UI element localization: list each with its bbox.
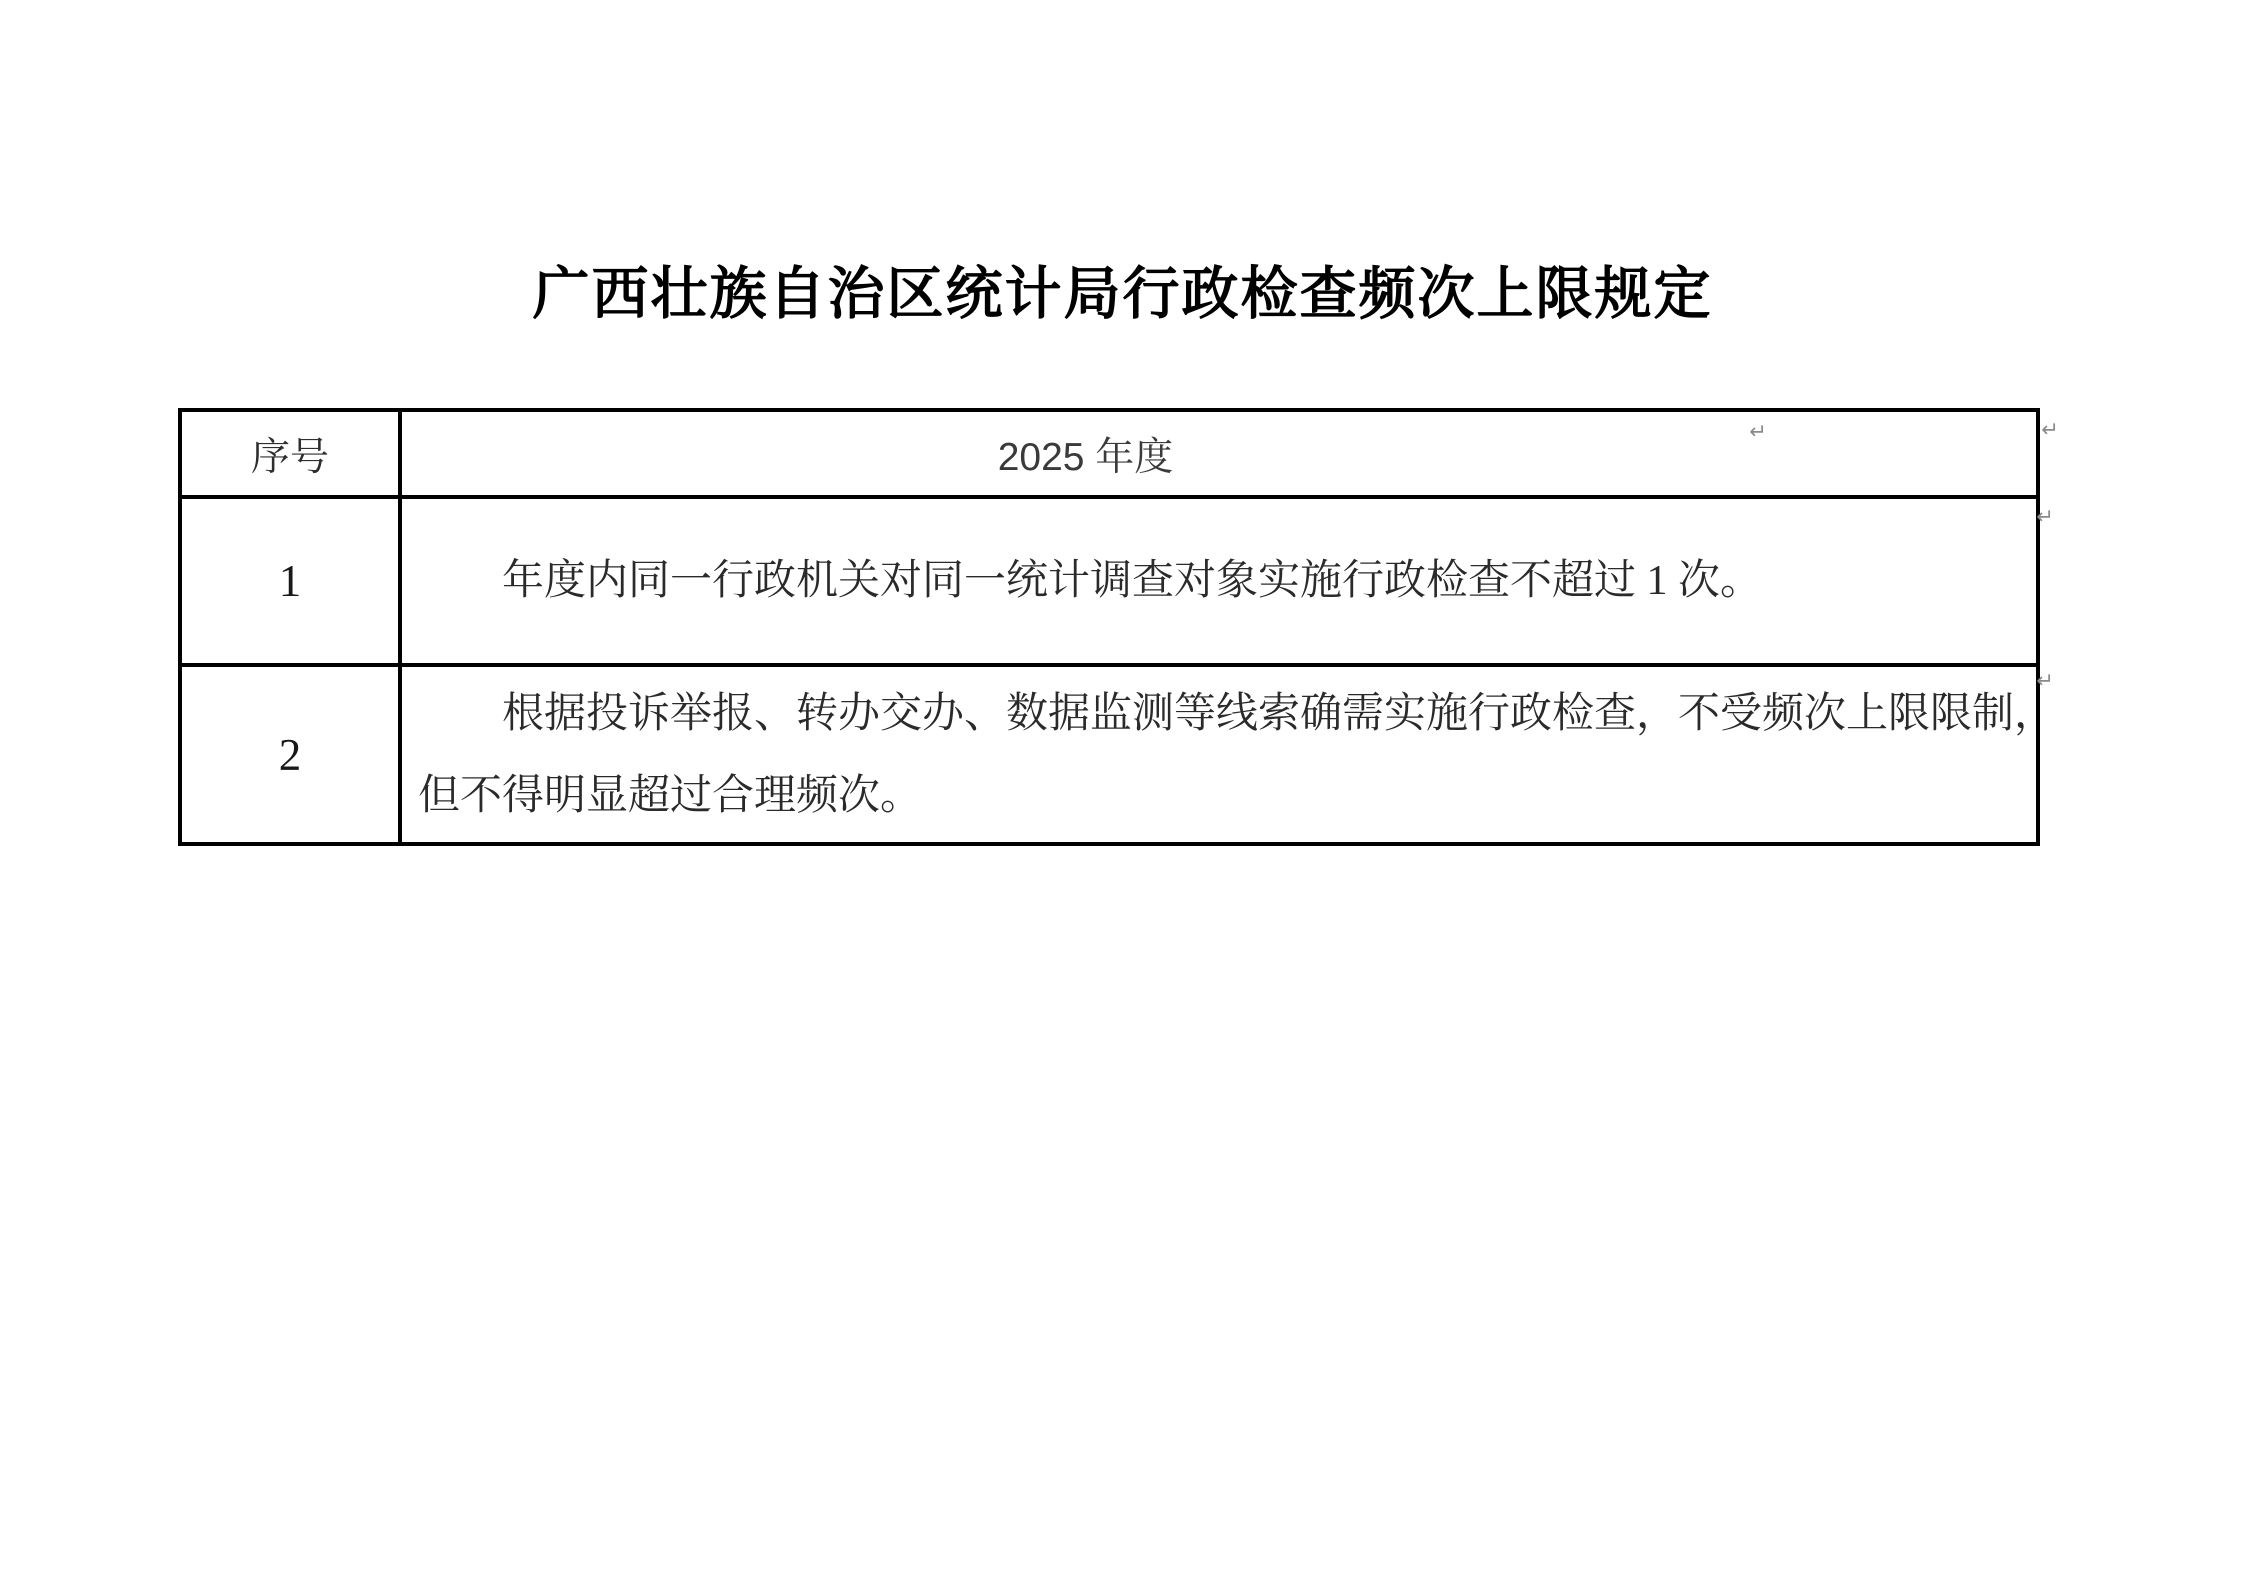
paragraph-return-icon: ↵ (1749, 422, 1767, 443)
rule-text-line: 年度内同一行政机关对同一统计调查对象实施行政检查不超过 1 次。 (418, 540, 2016, 622)
rule-text-line: 根据投诉举报、转办交办、数据监测等线索确需实施行政检查，不受频次上限限制， (418, 673, 2016, 755)
header-cell-year: 2025 年度 (400, 410, 2038, 497)
table-row: 1 年度内同一行政机关对同一统计调查对象实施行政检查不超过 1 次。 (180, 497, 2038, 665)
row-serial-number: 1 (180, 497, 400, 665)
row-content-cell: 根据投诉举报、转办交办、数据监测等线索确需实施行政检查，不受频次上限限制， 但不… (400, 665, 2038, 844)
paragraph-return-icon: ↵ (2036, 507, 2054, 528)
table-row: 2 根据投诉举报、转办交办、数据监测等线索确需实施行政检查，不受频次上限限制， … (180, 665, 2038, 844)
row-content-cell: 年度内同一行政机关对同一统计调查对象实施行政检查不超过 1 次。 (400, 497, 2038, 665)
paragraph-return-icon: ↵ (2036, 671, 2054, 692)
inspection-frequency-table: 序号 2025 年度 1 年度内同一行政机关对同一统计调查对象实施行政检查不超过… (178, 408, 2040, 846)
page-title: 广西壮族自治区统计局行政检查频次上限规定 (0, 262, 2245, 328)
rule-text-line: 但不得明显超过合理频次。 (418, 755, 2016, 837)
row-serial-number: 2 (180, 665, 400, 844)
header-cell-serial: 序号 (180, 410, 400, 497)
paragraph-return-icon: ↵ (2041, 420, 2059, 441)
